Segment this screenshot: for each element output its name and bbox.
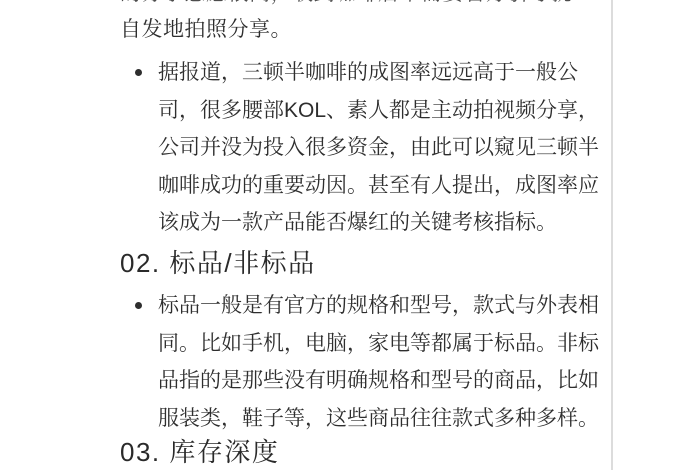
bullet-line: 标品一般是有官方的规格和型号，款式与外表相 [158, 287, 590, 325]
bullet-line: 司，很多腰部KOL、素人都是主动拍视频分享， [158, 92, 590, 130]
bullet-item: 标品一般是有官方的规格和型号，款式与外表相 同。比如手机，电脑，家电等都属于标品… [120, 287, 590, 437]
bullet-line: 品指的是那些没有明确规格和型号的商品，比如 [158, 362, 590, 400]
clipped-text-line: 的分享意愿很高，收到咖啡后不需要官方引导就 [120, 0, 580, 8]
bullet-line: 该成为一款产品能否爆红的关键考核指标。 [158, 204, 590, 242]
bullet-line: 公司并没为投入很多资金，由此可以窥见三顿半 [158, 129, 590, 167]
bullet-line: 服装类，鞋子等，这些商品往往款式多种多样。 [158, 400, 590, 438]
document-page: 的分享意愿很高，收到咖啡后不需要官方引导就 自发地拍照分享。 据报道，三顿半咖啡… [0, 0, 700, 470]
clipped-text-fragment: 的分享意愿很高，收到咖啡后不需要官方引导就 [120, 0, 580, 7]
bullet-line: 同。比如手机，电脑，家电等都属于标品。非标 [158, 325, 590, 363]
bullet-icon [135, 69, 142, 76]
bullet-line: 咖啡成功的重要动因。甚至有人提出，成图率应 [158, 167, 590, 205]
paragraph-tail: 自发地拍照分享。 [120, 13, 580, 47]
bullet-line: 据报道，三顿半咖啡的成图率远远高于一般公 [158, 54, 590, 92]
bullet-item: 据报道，三顿半咖啡的成图率远远高于一般公 司，很多腰部KOL、素人都是主动拍视频… [120, 54, 590, 242]
bullet-icon [135, 302, 142, 309]
vertical-divider [611, 0, 613, 470]
section-heading-03: 03. 库存深度 [120, 435, 279, 469]
section-heading-02: 02. 标品/非标品 [120, 246, 316, 280]
